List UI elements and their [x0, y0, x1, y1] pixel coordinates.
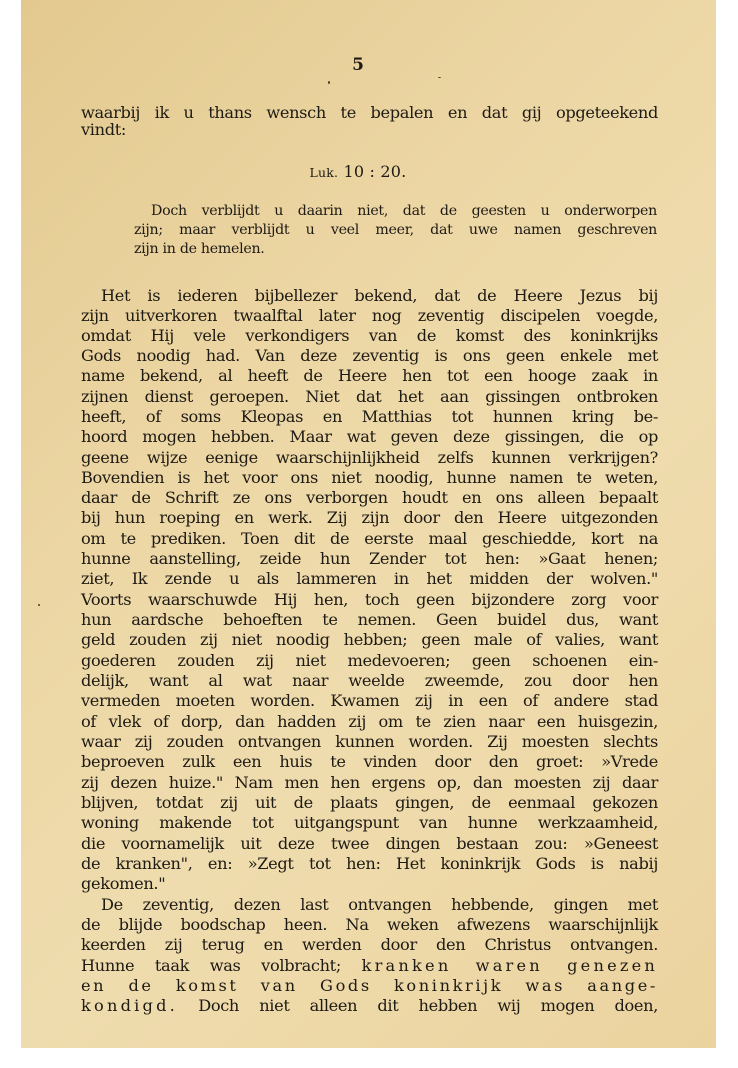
body-line: bij hun roeping en werk. Zij zijn door d… [81, 508, 658, 528]
scripture-reference: Luk. 10 : 20. [21, 162, 695, 181]
body-line: blijven, totdat zij uit de plaats gingen… [81, 793, 658, 813]
body-line: zijn uitverkoren twaalftal later nog zev… [81, 306, 658, 326]
body-line: delijk, want al wat naar weelde zweemde,… [81, 671, 658, 691]
plain-text: Hunne taak was volbracht; [81, 956, 362, 975]
reference-verse: 10 : 20. [338, 162, 406, 181]
body-line: De zeventig, dezen last ontvangen hebben… [101, 895, 658, 915]
body-line: gekomen." [81, 874, 658, 894]
quote-line: zijn; maar verblijdt u veel meer, dat uw… [134, 221, 657, 240]
body-line: Gods noodig had. Van deze zeventig is on… [81, 346, 658, 366]
body-line: woning makende tot uitgangspunt van hunn… [81, 813, 658, 833]
body-line: die voornamelijk uit deze twee dingen be… [81, 834, 658, 854]
body-line: waar zij zouden ontvangen kunnen worden.… [81, 732, 658, 752]
body-line: hun aardsche behoeften te nemen. Geen bu… [81, 610, 658, 630]
body-line: hoord mogen hebben. Maar wat geven deze … [81, 427, 658, 447]
quote-line: Doch verblijdt u daarin niet, dat de gee… [151, 202, 657, 221]
scan-speck [328, 81, 330, 84]
body-line: Bovendien is het voor ons niet noodig, h… [81, 468, 658, 488]
scan-speck [438, 77, 441, 78]
body-line: de kranken", en: »Zegt tot hen: Het koni… [81, 854, 658, 874]
intro-line: vindt: [81, 120, 658, 140]
body-line: name bekend, al heeft de Heere hen tot e… [81, 366, 658, 386]
body-line: om te prediken. Toen dit de eerste maal … [81, 529, 658, 549]
body-line-emphasis: Hunne taak was volbracht; kranken waren … [81, 956, 658, 976]
book-page: 5 waarbij ik u thans wensch te bepalen e… [21, 0, 716, 1048]
body-line: vermeden moeten worden. Kwamen zij in ee… [81, 691, 658, 711]
emphasized-text: kondigd. [81, 996, 178, 1015]
body-line: geld zouden zij niet noodig hebben; geen… [81, 630, 658, 650]
body-line: omdat Hij vele verkondigers van de komst… [81, 326, 658, 346]
body-line: de blijde boodschap heen. Na weken afwez… [81, 915, 658, 935]
emphasized-text: kranken waren genezen [362, 956, 658, 975]
body-line: geene wijze eenige waarschijnlijkheid ze… [81, 448, 658, 468]
body-line-emphasis: en de komst van Gods koninkrijk was aang… [81, 976, 658, 996]
body-line: zijnen dienst geroepen. Niet dat het aan… [81, 387, 658, 407]
body-line: of vlek of dorp, dan hadden zij om te zi… [81, 712, 658, 732]
body-line-emphasis: kondigd. Doch niet alleen dit hebben wij… [81, 996, 658, 1016]
body-line: goederen zouden zij niet medevoeren; gee… [81, 651, 658, 671]
body-line: ziet, Ik zende u als lammeren in het mid… [81, 569, 658, 589]
reference-book: Luk. [310, 165, 339, 180]
body-line: Het is iederen bijbellezer bekend, dat d… [101, 286, 658, 306]
body-line: Voorts waarschuwde Hij hen, toch geen bi… [81, 590, 658, 610]
scan-speck [38, 604, 40, 606]
body-line: hunne aanstelling, zeide hun Zender tot … [81, 549, 658, 569]
body-line: heeft, of soms Kleopas en Matthias tot h… [81, 407, 658, 427]
quote-line: zijn in de hemelen. [134, 240, 657, 259]
body-line: beproeven zulk een huis te vinden door d… [81, 752, 658, 772]
body-line: keerden zij terug en werden door den Chr… [81, 935, 658, 955]
plain-text: Doch niet alleen dit hebben wij mogen do… [178, 996, 658, 1015]
page-number: 5 [21, 55, 695, 75]
body-line: daar de Schrift ze ons verborgen houdt e… [81, 488, 658, 508]
body-line: zij dezen huize." Nam men hen ergens op,… [81, 773, 658, 793]
